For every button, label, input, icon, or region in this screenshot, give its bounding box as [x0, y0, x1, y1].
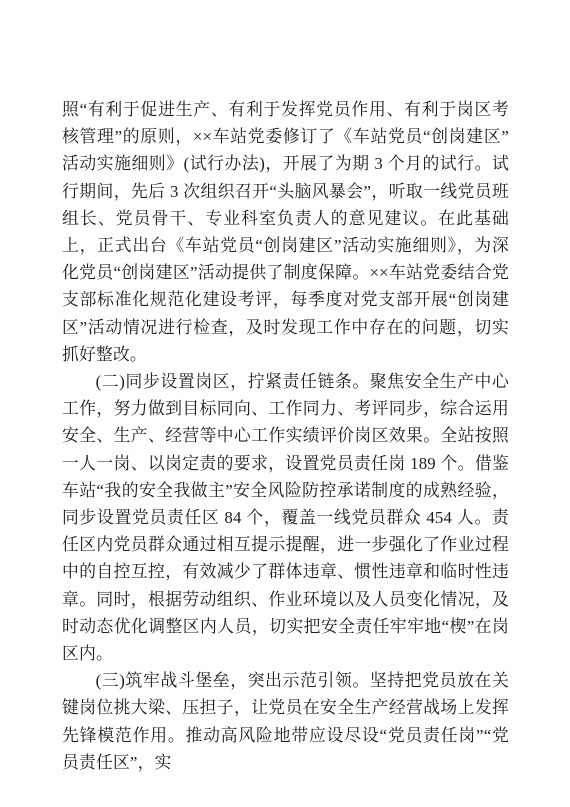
- paragraph-continuation: 照“有利于促进生产、有利于发挥党员作用、有利于岗区考核管理”的原则，××车站党委…: [62, 96, 509, 368]
- document-text-block: 照“有利于促进生产、有利于发挥党员作用、有利于岗区考核管理”的原则，××车站党委…: [62, 96, 509, 776]
- document-page: 照“有利于促进生产、有利于发挥党员作用、有利于岗区考核管理”的原则，××车站党委…: [0, 0, 570, 807]
- paragraph-section-three: (三)筑牢战斗堡垒，突出示范引领。坚持把党员放在关键岗位挑大梁、压担子，让党员在…: [62, 667, 509, 776]
- paragraph-section-two: (二)同步设置岗区，拧紧责任链条。聚焦安全生产中心工作，努力做到目标同向、工作同…: [62, 368, 509, 667]
